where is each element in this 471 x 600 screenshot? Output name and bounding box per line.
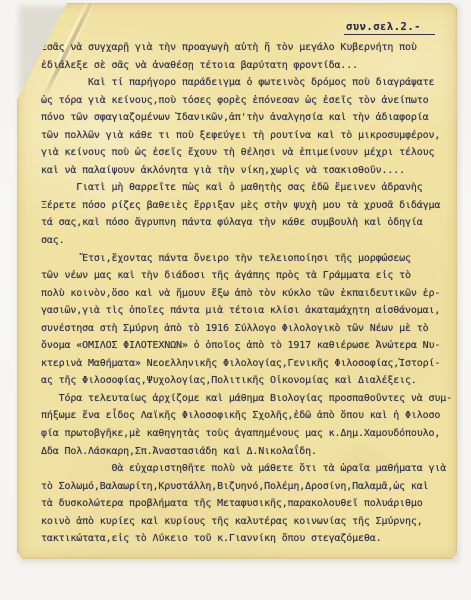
letter-body-text: ἐσᾶς νὰ συγχαρῇ γιὰ τὴν προαγωγὴ αὐτὴ ἥ … (41, 39, 455, 548)
scan-background: συν.σελ.2.- ἐσᾶς νὰ συγχαρῇ γιὰ τὴν προα… (0, 0, 471, 600)
letter-paper: συν.σελ.2.- ἐσᾶς νὰ συγχαρῇ γιὰ τὴν προα… (17, 3, 457, 559)
page-number-header: συν.σελ.2.- (344, 21, 435, 35)
